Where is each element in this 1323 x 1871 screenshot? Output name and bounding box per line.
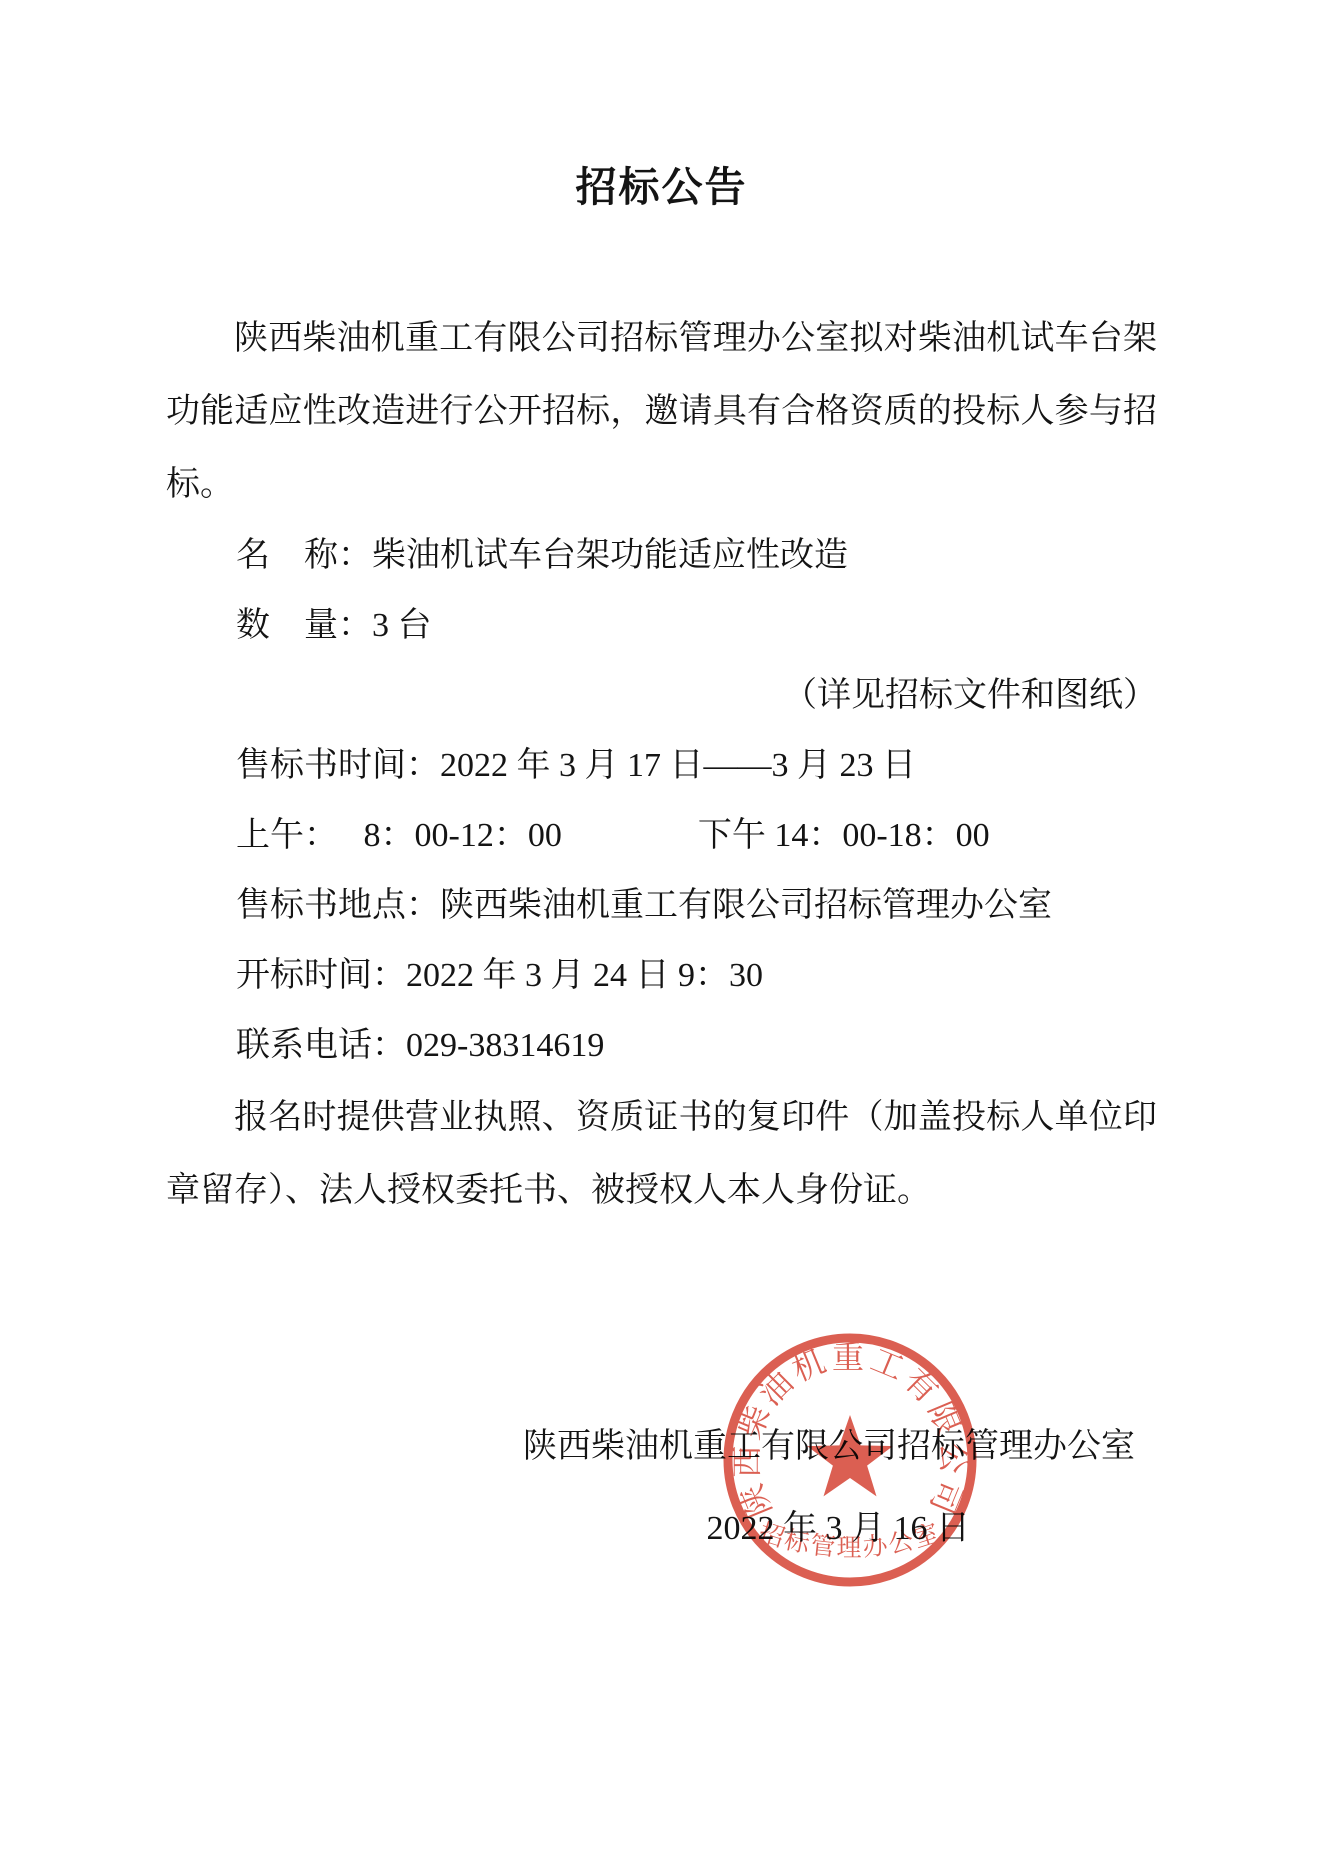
detail-note-line: （详见招标文件和图纸） (166, 661, 1157, 731)
document-page: 招标公告 陕西柴油机重工有限公司招标管理办公室拟对柴油机试车台架功能适应性改造进… (0, 0, 1323, 1871)
open-time-line: 开标时间：2022 年 3 月 24 日 9：30 (166, 941, 1157, 1011)
sale-time-line: 售标书时间：2022 年 3 月 17 日——3 月 23 日 (166, 731, 1157, 801)
intro-paragraph: 陕西柴油机重工有限公司招标管理办公室拟对柴油机试车台架功能适应性改造进行公开招标… (166, 302, 1157, 521)
signature-line: 陕西柴油机重工有限公司招标管理办公室 (166, 1412, 1157, 1482)
sale-place-line: 售标书地点：陕西柴油机重工有限公司招标管理办公室 (166, 871, 1157, 941)
document-body: 陕西柴油机重工有限公司招标管理办公室拟对柴油机试车台架功能适应性改造进行公开招标… (166, 302, 1157, 1564)
project-name-line: 名 称：柴油机试车台架功能适应性改造 (166, 521, 1157, 591)
requirements-paragraph: 报名时提供营业执照、资质证书的复印件（加盖投标人单位印章留存）、法人授权委托书、… (166, 1081, 1157, 1227)
date-line: 2022 年 3 月 16 日 (166, 1494, 1157, 1564)
document-title: 招标公告 (0, 0, 1323, 212)
hours-line: 上午： 8：00-12：00 下午 14：00-18：00 (166, 801, 1157, 871)
phone-line: 联系电话：029-38314619 (166, 1011, 1157, 1081)
quantity-line: 数 量：3 台 (166, 591, 1157, 661)
